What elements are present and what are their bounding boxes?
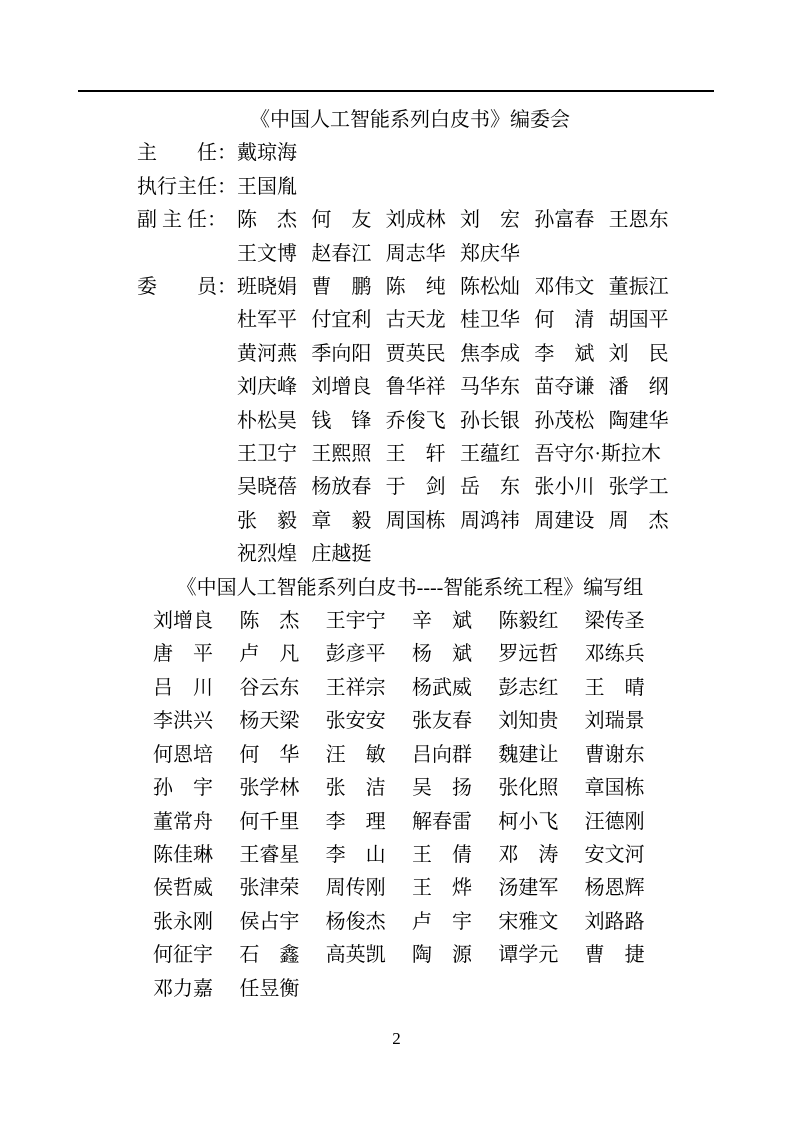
person-name: 岳 东 <box>460 471 520 504</box>
role-label-deputy-director: 副 主 任： <box>137 204 237 237</box>
name-line: 陈 杰何 友刘成林刘 宏孙富春王恩东 <box>237 204 683 237</box>
person-name: 彭彦平 <box>326 638 386 671</box>
person-name: 周 杰 <box>609 505 669 538</box>
person-name: 章 毅 <box>311 505 371 538</box>
person-name: 杨 斌 <box>412 638 472 671</box>
person-name: 吴 扬 <box>412 772 472 805</box>
person-name: 鲁华祥 <box>386 371 446 404</box>
name-line: 何征宇石 鑫高英凯陶 源谭学元曹 捷 <box>153 939 671 972</box>
person-name: 张永刚 <box>153 906 213 939</box>
person-name: 吴晓蓓 <box>237 471 297 504</box>
person-name: 周建设 <box>534 505 594 538</box>
person-name: 张小川 <box>534 471 594 504</box>
person-name: 陈 杰 <box>239 605 299 638</box>
person-name: 解春雷 <box>412 806 472 839</box>
person-name: 周国栋 <box>386 505 446 538</box>
person-name: 杜军平 <box>237 304 297 337</box>
person-name: 汤建军 <box>498 872 558 905</box>
person-name: 张友春 <box>412 705 472 738</box>
person-name: 戴琼海 <box>237 137 297 170</box>
person-name: 李洪兴 <box>153 705 213 738</box>
person-name: 张津荣 <box>239 872 299 905</box>
person-name: 古天龙 <box>386 304 446 337</box>
name-line: 吴晓蓓杨放春于 剑岳 东张小川张学工 <box>237 471 683 504</box>
person-name: 侯哲威 <box>153 872 213 905</box>
person-name: 李 理 <box>326 806 386 839</box>
person-name: 付宜利 <box>311 304 371 337</box>
person-name: 赵春江 <box>311 238 371 271</box>
person-name: 王睿星 <box>239 839 299 872</box>
person-name: 唐 平 <box>153 638 213 671</box>
person-name: 邓 涛 <box>498 839 558 872</box>
person-name: 孙长银 <box>460 405 520 438</box>
name-line: 王文博赵春江周志华郑庆华 <box>237 238 683 271</box>
person-name: 陈佳琳 <box>153 839 213 872</box>
committee-title: 《中国人工智能系列白皮书》编委会 <box>137 104 683 137</box>
person-name: 吾守尔·斯拉木 <box>534 438 661 471</box>
name-line: 朴松昊钱 锋乔俊飞孙长银孙茂松陶建华 <box>237 405 683 438</box>
person-name: 陈 纯 <box>386 271 446 304</box>
person-name: 罗远哲 <box>498 638 558 671</box>
person-name: 董常舟 <box>153 806 213 839</box>
name-line: 唐 平卢 凡彭彦平杨 斌罗远哲邓练兵 <box>153 638 671 671</box>
person-name: 何 友 <box>311 204 371 237</box>
person-name: 汪德刚 <box>585 806 645 839</box>
name-line: 董常舟何千里李 理解春雷柯小飞汪德刚 <box>153 806 671 839</box>
person-name: 贾英民 <box>386 338 446 371</box>
person-name: 柯小飞 <box>498 806 558 839</box>
name-line: 刘庆峰刘增良鲁华祥马华东苗夺谦潘 纲 <box>237 371 683 404</box>
person-name: 王恩东 <box>609 204 669 237</box>
person-name: 钱 锋 <box>311 405 371 438</box>
person-name: 王 轩 <box>386 438 446 471</box>
person-name: 陈松灿 <box>460 271 520 304</box>
person-name: 汪 敏 <box>326 739 386 772</box>
name-line: 陈佳琳王睿星李 山王 倩邓 涛安文河 <box>153 839 671 872</box>
person-name: 陈 杰 <box>237 204 297 237</box>
person-name: 孙 宇 <box>153 772 213 805</box>
person-name: 乔俊飞 <box>386 405 446 438</box>
name-line: 王卫宁王熙照王 轩王蕴红吾守尔·斯拉木 <box>237 438 683 471</box>
name-line: 黄河燕季向阳贾英民焦李成李 斌刘 民 <box>237 338 683 371</box>
person-name: 祝烈煌 <box>237 538 297 571</box>
person-name: 杨天梁 <box>239 705 299 738</box>
person-name: 邓练兵 <box>585 638 645 671</box>
person-name: 李 斌 <box>534 338 594 371</box>
person-name: 焦李成 <box>460 338 520 371</box>
person-name: 王熙照 <box>311 438 371 471</box>
person-name: 石 鑫 <box>239 939 299 972</box>
person-name: 王文博 <box>237 238 297 271</box>
person-name: 王宇宁 <box>326 605 386 638</box>
name-line: 刘增良陈 杰王宇宁辛 斌陈毅红梁传圣 <box>153 605 671 638</box>
writing-group-title: 《中国人工智能系列白皮书----智能系统工程》编写组 <box>137 572 683 605</box>
person-name: 梁传圣 <box>585 605 645 638</box>
name-line: 侯哲威张津荣周传刚王 烨汤建军杨恩辉 <box>153 872 671 905</box>
page-content: 《中国人工智能系列白皮书》编委会 主 任： 戴琼海 执行主任： 王国胤 副 主 … <box>137 96 683 1006</box>
person-name: 周传刚 <box>326 872 386 905</box>
person-name: 任昱衡 <box>239 973 299 1006</box>
person-name: 王国胤 <box>237 171 297 204</box>
role-label-exec-director: 执行主任： <box>137 171 237 204</box>
person-name: 刘知贵 <box>498 705 558 738</box>
person-name: 王蕴红 <box>460 438 520 471</box>
person-name: 张学工 <box>609 471 669 504</box>
person-name: 桂卫华 <box>460 304 520 337</box>
person-name: 刘瑞景 <box>585 705 645 738</box>
person-name: 何恩培 <box>153 739 213 772</box>
name-line: 孙 宇张学林张 洁吴 扬张化照章国栋 <box>153 772 671 805</box>
name-line: 李洪兴杨天梁张安安张友春刘知贵刘瑞景 <box>153 705 671 738</box>
person-name: 邓伟文 <box>534 271 594 304</box>
name-line: 戴琼海 <box>237 137 683 170</box>
committee-row-deputy-directors: 副 主 任： 陈 杰何 友刘成林刘 宏孙富春王恩东 王文博赵春江周志华郑庆华 <box>137 204 683 271</box>
person-name: 吕 川 <box>153 672 213 705</box>
person-name: 陶建华 <box>609 405 669 438</box>
person-name: 刘庆峰 <box>237 371 297 404</box>
person-name: 董振江 <box>609 271 669 304</box>
person-name: 杨俊杰 <box>326 906 386 939</box>
person-name: 苗夺谦 <box>534 371 594 404</box>
person-name: 班晓娟 <box>237 271 297 304</box>
person-name: 吕向群 <box>412 739 472 772</box>
person-name: 刘增良 <box>153 605 213 638</box>
person-name: 章国栋 <box>585 772 645 805</box>
person-name: 周鸿祎 <box>460 505 520 538</box>
person-name: 卢 凡 <box>239 638 299 671</box>
person-name: 潘 纲 <box>609 371 669 404</box>
person-name: 陶 源 <box>412 939 472 972</box>
person-name: 谭学元 <box>498 939 558 972</box>
person-name: 黄河燕 <box>237 338 297 371</box>
committee-row-director: 主 任： 戴琼海 <box>137 137 683 170</box>
person-name: 安文河 <box>585 839 645 872</box>
person-name: 杨放春 <box>311 471 371 504</box>
page-number: 2 <box>0 1028 793 1050</box>
writing-group-list: 刘增良陈 杰王宇宁辛 斌陈毅红梁传圣 唐 平卢 凡彭彦平杨 斌罗远哲邓练兵 吕 … <box>153 605 671 1006</box>
person-name: 张学林 <box>239 772 299 805</box>
person-name: 孙茂松 <box>534 405 594 438</box>
role-label-director: 主 任： <box>137 137 237 170</box>
person-name: 曹 鹏 <box>311 271 371 304</box>
document-page: 《中国人工智能系列白皮书》编委会 主 任： 戴琼海 执行主任： 王国胤 副 主 … <box>0 0 793 1122</box>
person-name: 于 剑 <box>386 471 446 504</box>
person-name: 曹谢东 <box>585 739 645 772</box>
person-name: 王 倩 <box>412 839 472 872</box>
person-name: 卢 宇 <box>412 906 472 939</box>
person-name: 王 晴 <box>585 672 645 705</box>
role-label-members: 委 员： <box>137 271 237 304</box>
person-name: 杨恩辉 <box>585 872 645 905</box>
name-line: 杜军平付宜利古天龙桂卫华何 清胡国平 <box>237 304 683 337</box>
committee-row-members: 委 员： 班晓娟曹 鹏陈 纯陈松灿邓伟文董振江 杜军平付宜利古天龙桂卫华何 清胡… <box>137 271 683 572</box>
person-name: 杨武威 <box>412 672 472 705</box>
name-line: 祝烈煌庄越挺 <box>237 538 683 571</box>
name-line: 邓力嘉任昱衡 <box>153 973 671 1006</box>
person-name: 张化照 <box>498 772 558 805</box>
person-name: 郑庆华 <box>460 238 520 271</box>
person-name: 邓力嘉 <box>153 973 213 1006</box>
person-name: 刘 民 <box>609 338 669 371</box>
name-line: 吕 川谷云东王祥宗杨武威彭志红王 晴 <box>153 672 671 705</box>
person-name: 季向阳 <box>311 338 371 371</box>
person-name: 宋雅文 <box>498 906 558 939</box>
person-name: 谷云东 <box>239 672 299 705</box>
person-name: 周志华 <box>386 238 446 271</box>
name-line: 张 毅章 毅周国栋周鸿祎周建设周 杰 <box>237 505 683 538</box>
person-name: 张 毅 <box>237 505 297 538</box>
header-rule <box>78 90 714 92</box>
person-name: 刘增良 <box>311 371 371 404</box>
person-name: 高英凯 <box>326 939 386 972</box>
person-name: 何 清 <box>534 304 594 337</box>
person-name: 彭志红 <box>498 672 558 705</box>
person-name: 张安安 <box>326 705 386 738</box>
name-line: 何恩培何 华汪 敏吕向群魏建让曹谢东 <box>153 739 671 772</box>
person-name: 刘路路 <box>585 906 645 939</box>
name-line: 张永刚侯占宇杨俊杰卢 宇宋雅文刘路路 <box>153 906 671 939</box>
person-name: 王 烨 <box>412 872 472 905</box>
person-name: 陈毅红 <box>498 605 558 638</box>
name-line: 班晓娟曹 鹏陈 纯陈松灿邓伟文董振江 <box>237 271 683 304</box>
person-name: 曹 捷 <box>585 939 645 972</box>
person-name: 王卫宁 <box>237 438 297 471</box>
person-name: 何千里 <box>239 806 299 839</box>
person-name: 何 华 <box>239 739 299 772</box>
person-name: 朴松昊 <box>237 405 297 438</box>
person-name: 刘成林 <box>386 204 446 237</box>
person-name: 刘 宏 <box>460 204 520 237</box>
person-name: 张 洁 <box>326 772 386 805</box>
committee-row-exec-director: 执行主任： 王国胤 <box>137 171 683 204</box>
person-name: 侯占宇 <box>239 906 299 939</box>
person-name: 何征宇 <box>153 939 213 972</box>
person-name: 马华东 <box>460 371 520 404</box>
person-name: 王祥宗 <box>326 672 386 705</box>
person-name: 李 山 <box>326 839 386 872</box>
person-name: 孙富春 <box>534 204 594 237</box>
person-name: 胡国平 <box>609 304 669 337</box>
person-name: 辛 斌 <box>412 605 472 638</box>
name-line: 王国胤 <box>237 171 683 204</box>
person-name: 魏建让 <box>498 739 558 772</box>
person-name: 庄越挺 <box>311 538 371 571</box>
